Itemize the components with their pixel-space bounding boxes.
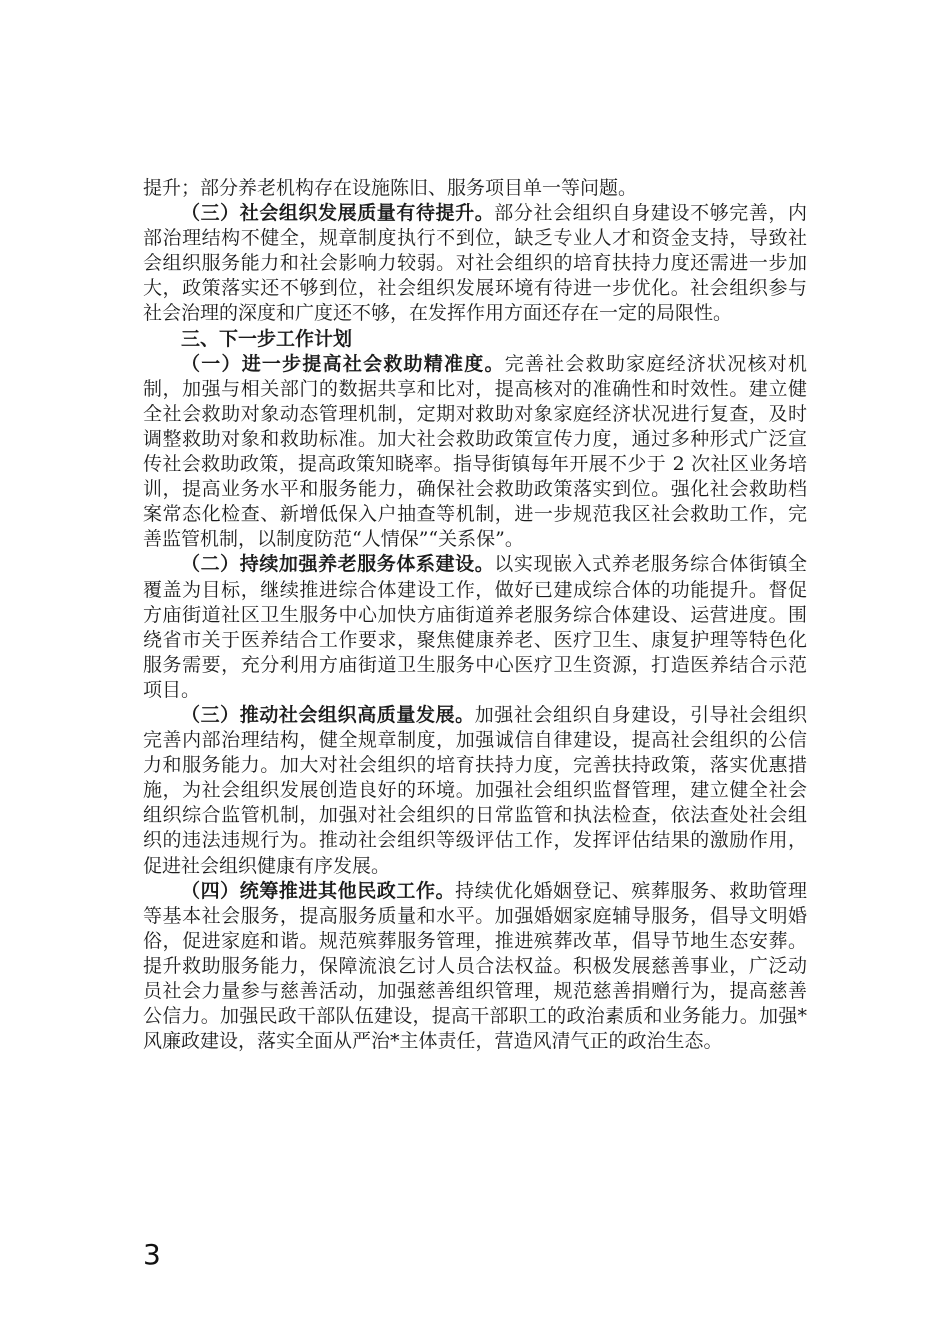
paragraph-text: 提升；部分养老机构存在设施陈旧、服务项目单一等问题。 <box>143 177 637 199</box>
plan-paragraph-1: （一）进一步提高社会救助精准度。完善社会救助家庭经济状况核对机制，加强与相关部门… <box>143 352 807 553</box>
paragraph-text: 完善社会救助家庭经济状况核对机制，加强与相关部门的数据共享和比对，提高核对的准确… <box>143 353 807 551</box>
paragraph-lead: （二）持续加强养老服务体系建设。 <box>181 553 494 575</box>
document-body: 提升；部分养老机构存在设施陈旧、服务项目单一等问题。 （三）社会组织发展质量有待… <box>143 176 807 1054</box>
plan-paragraph-3: （三）推动社会组织高质量发展。加强社会组织自身建设，引导社会组织完善内部治理结构… <box>143 703 807 879</box>
paragraph-lead: （一）进一步提高社会救助精准度。 <box>181 353 505 375</box>
document-page: 提升；部分养老机构存在设施陈旧、服务项目单一等问题。 （三）社会组织发展质量有待… <box>0 0 950 1344</box>
paragraph-text: 持续优化婚姻登记、殡葬服务、救助管理等基本社会服务，提高服务质量和水平。加强婚姻… <box>143 880 807 1053</box>
section-heading: 三、下一步工作计划 <box>143 327 807 352</box>
plan-paragraph-4: （四）统筹推进其他民政工作。持续优化婚姻登记、殡葬服务、救助管理等基本社会服务，… <box>143 879 807 1055</box>
paragraph-lead: （四）统筹推进其他民政工作。 <box>181 880 455 902</box>
section-heading-text: 三、下一步工作计划 <box>181 328 352 350</box>
paragraph-text: 加强社会组织自身建设，引导社会组织完善内部治理结构，健全规章制度，加强诚信自律建… <box>143 704 807 877</box>
paragraph-text: 以实现嵌入式养老服务综合体街镇全覆盖为目标，继续推进综合体建设工作，做好已建成综… <box>143 553 807 700</box>
paragraph-lead: （三）推动社会组织高质量发展。 <box>181 704 475 726</box>
paragraph-issue-3: （三）社会组织发展质量有待提升。部分社会组织自身建设不够完善，内部治理结构不健全… <box>143 201 807 326</box>
plan-paragraph-2: （二）持续加强养老服务体系建设。以实现嵌入式养老服务综合体街镇全覆盖为目标，继续… <box>143 552 807 703</box>
page-number: 3 <box>143 1240 161 1271</box>
paragraph-continuation: 提升；部分养老机构存在设施陈旧、服务项目单一等问题。 <box>143 176 807 201</box>
paragraph-lead: （三）社会组织发展质量有待提升。 <box>181 202 494 224</box>
